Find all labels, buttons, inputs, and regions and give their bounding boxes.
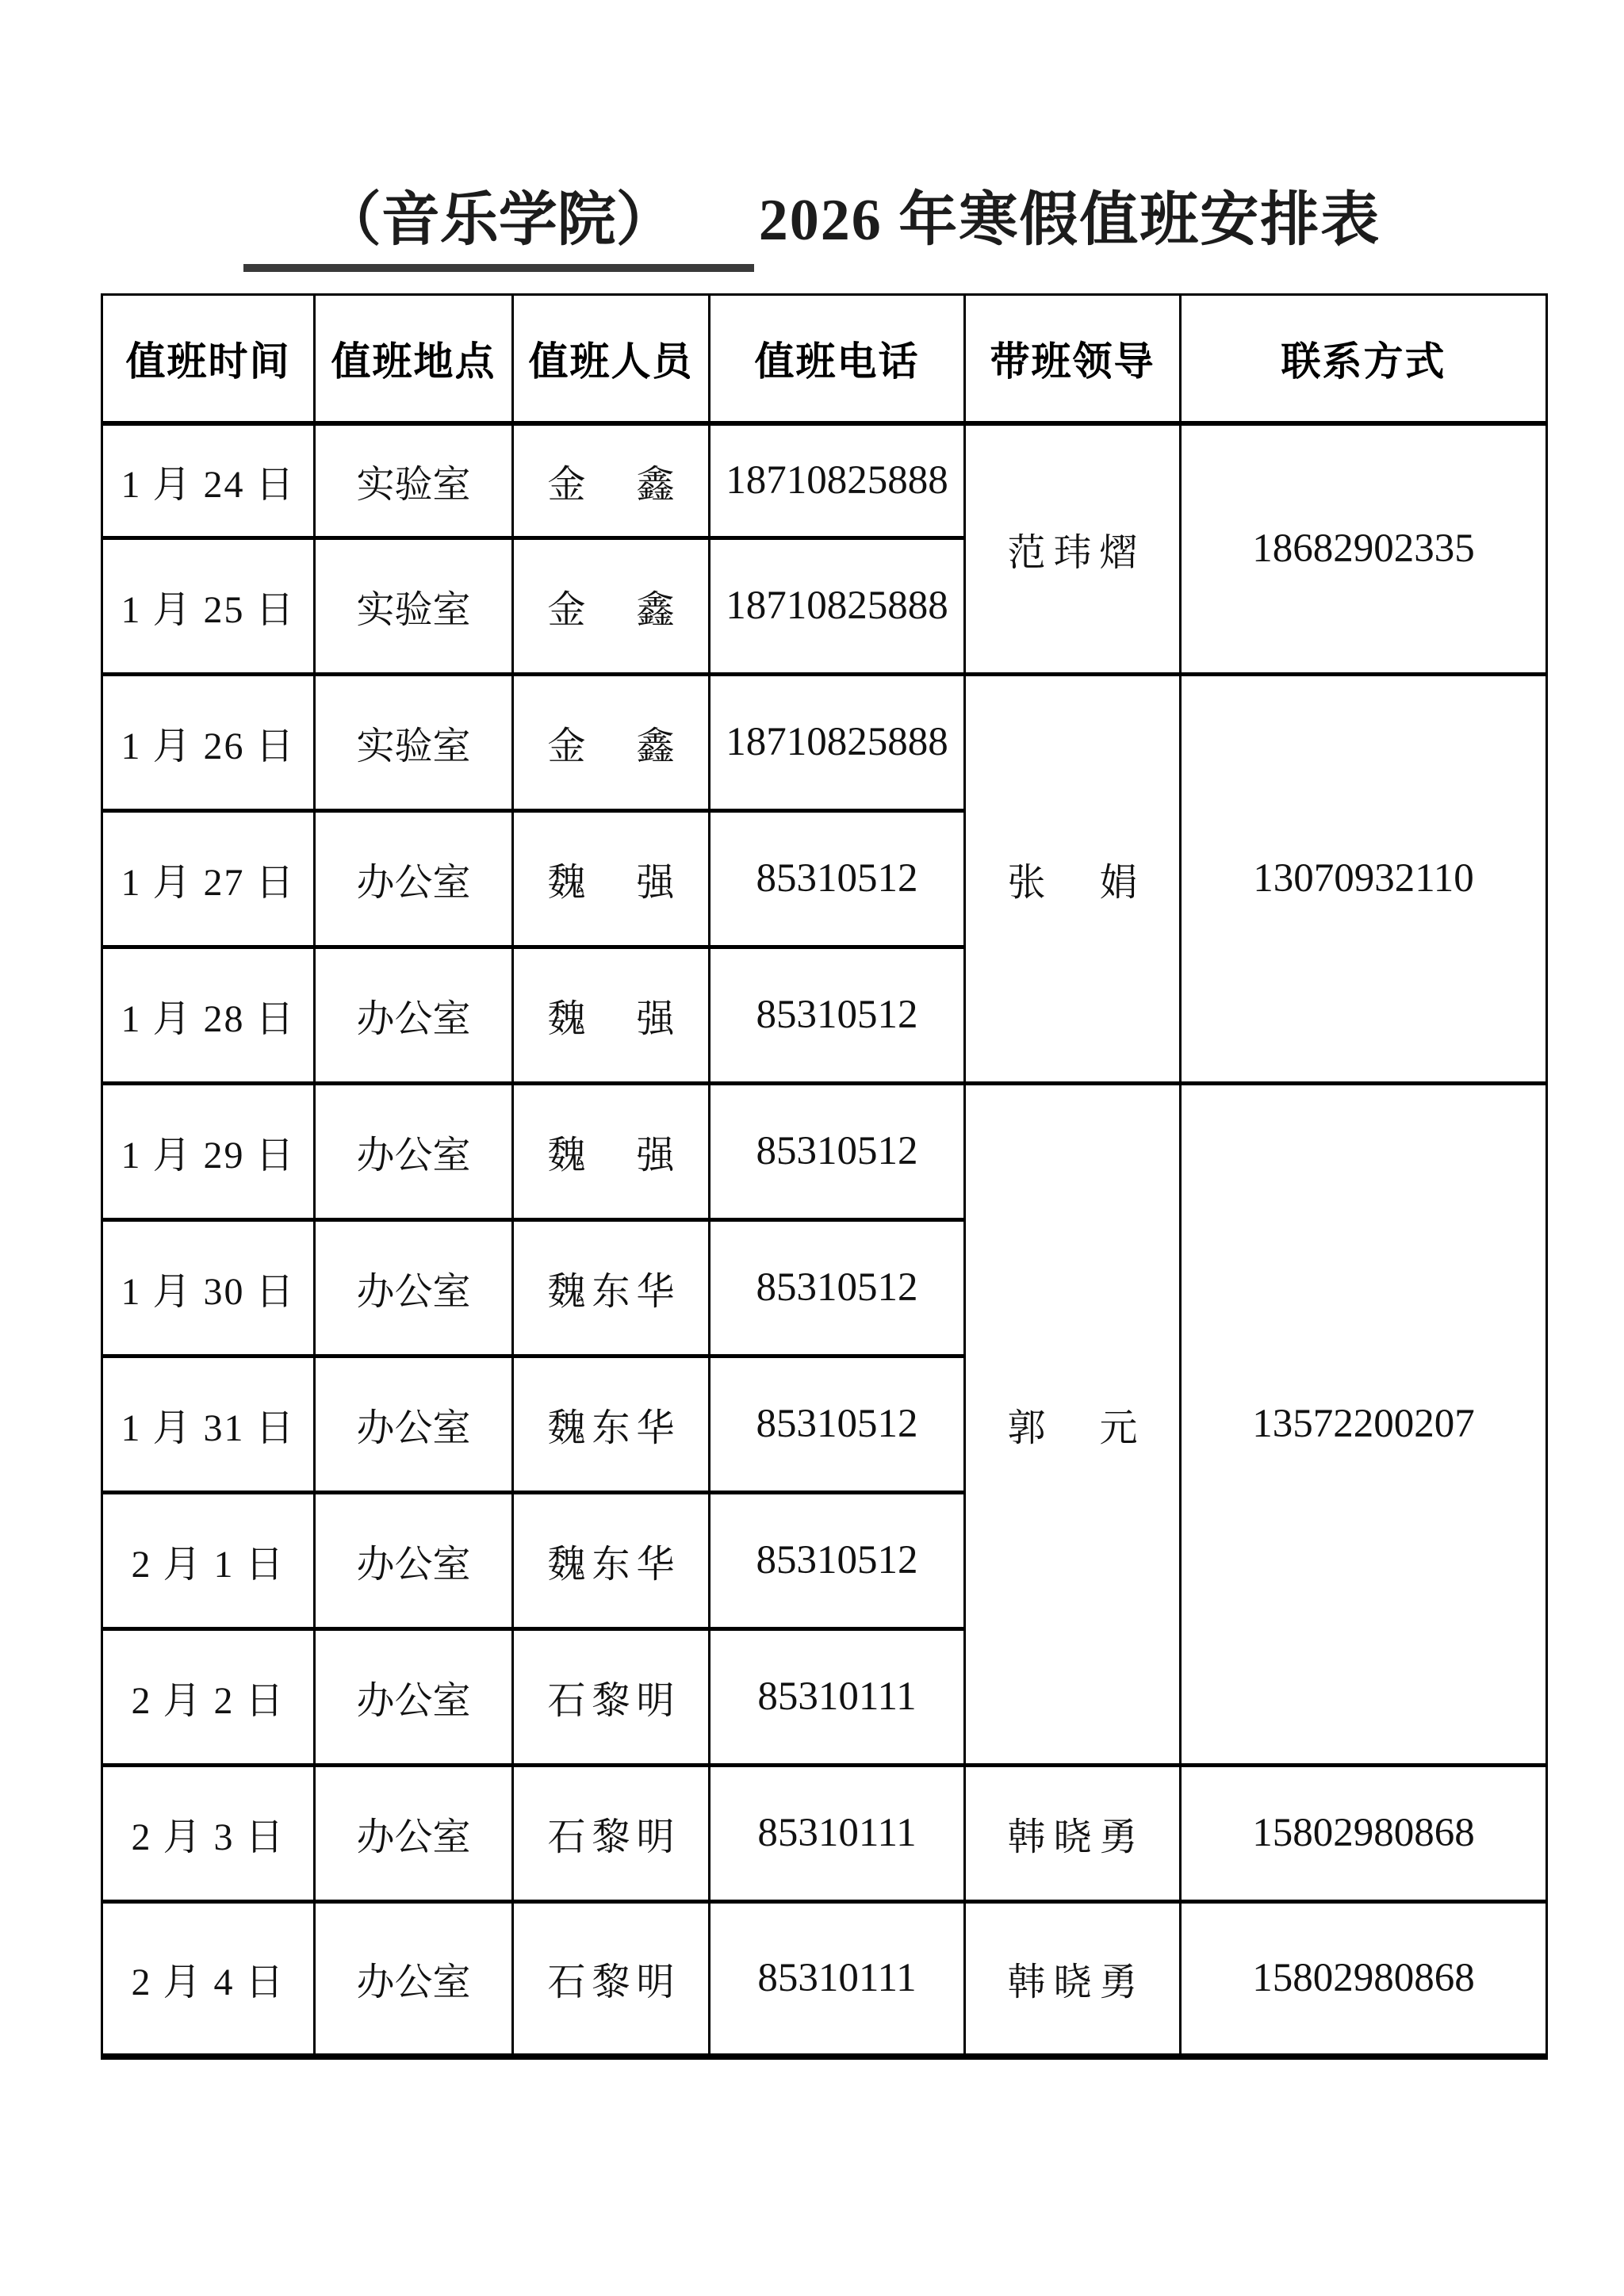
header-duty-time: 值班时间 — [102, 295, 315, 424]
duty-date-cell: 1 月 26 日 — [102, 674, 315, 810]
duty-place-cell: 办公室 — [315, 810, 513, 947]
duty-date-cell: 1 月 25 日 — [102, 538, 315, 674]
table-row: 2 月 3 日 办公室 石黎明 85310111 韩晓勇 15802980868 — [102, 1765, 1547, 1901]
duty-phone-cell: 85310512 — [710, 1219, 965, 1356]
duty-person-cell: 魏东华 — [513, 1356, 710, 1492]
header-duty-person: 值班人员 — [513, 295, 710, 424]
leader-cell: 韩晓勇 — [965, 1901, 1181, 2057]
duty-person-cell: 魏 强 — [513, 947, 710, 1083]
table-row: 1 月 26 日 实验室 金 鑫 18710825888 张 娟 1307093… — [102, 674, 1547, 810]
duty-date-cell: 1 月 27 日 — [102, 810, 315, 947]
duty-phone-cell: 85310111 — [710, 1901, 965, 2057]
contact-cell: 13572200207 — [1181, 1083, 1547, 1765]
duty-schedule-table: 值班时间 值班地点 值班人员 值班电话 带班领导 联系方式 1 月 24 日 实… — [101, 293, 1548, 2060]
duty-person-cell: 石黎明 — [513, 1765, 710, 1901]
duty-place-cell: 办公室 — [315, 1628, 513, 1765]
duty-phone-cell: 85310512 — [710, 1356, 965, 1492]
duty-person-cell: 金 鑫 — [513, 674, 710, 810]
duty-date-cell: 2 月 3 日 — [102, 1765, 315, 1901]
duty-person-cell: 魏东华 — [513, 1492, 710, 1628]
duty-phone-cell: 85310512 — [710, 810, 965, 947]
contact-cell: 15802980868 — [1181, 1901, 1547, 2057]
document-page: （音乐学院）2026 年寒假值班安排表 值班时间 值班地点 值班人员 值班电话 … — [0, 0, 1624, 2296]
duty-place-cell: 实验室 — [315, 538, 513, 674]
duty-date-cell: 1 月 24 日 — [102, 423, 315, 538]
duty-person-cell: 魏东华 — [513, 1219, 710, 1356]
table-row: 1 月 29 日 办公室 魏 强 85310512 郭 元 1357220020… — [102, 1083, 1547, 1219]
duty-date-cell: 2 月 2 日 — [102, 1628, 315, 1765]
duty-person-cell: 魏 强 — [513, 810, 710, 947]
duty-place-cell: 办公室 — [315, 1356, 513, 1492]
header-contact-info: 联系方式 — [1181, 295, 1547, 424]
leader-cell: 郭 元 — [965, 1083, 1181, 1765]
header-duty-phone: 值班电话 — [710, 295, 965, 424]
duty-phone-cell: 85310111 — [710, 1628, 965, 1765]
page-title: （音乐学院）2026 年寒假值班安排表 — [0, 189, 1624, 272]
duty-person-cell: 金 鑫 — [513, 423, 710, 538]
duty-place-cell: 实验室 — [315, 423, 513, 538]
duty-phone-cell: 18710825888 — [710, 538, 965, 674]
duty-date-cell: 2 月 1 日 — [102, 1492, 315, 1628]
title-school-name: （音乐学院） — [243, 189, 754, 272]
duty-date-cell: 1 月 29 日 — [102, 1083, 315, 1219]
leader-cell: 范玮熠 — [965, 423, 1181, 674]
header-duty-place: 值班地点 — [315, 295, 513, 424]
duty-person-cell: 石黎明 — [513, 1901, 710, 2057]
duty-place-cell: 办公室 — [315, 947, 513, 1083]
duty-place-cell: 办公室 — [315, 1219, 513, 1356]
duty-phone-cell: 85310512 — [710, 947, 965, 1083]
duty-place-cell: 办公室 — [315, 1901, 513, 2057]
leader-cell: 韩晓勇 — [965, 1765, 1181, 1901]
duty-phone-cell: 85310111 — [710, 1765, 965, 1901]
contact-cell: 18682902335 — [1181, 423, 1547, 674]
duty-phone-cell: 18710825888 — [710, 674, 965, 810]
duty-phone-cell: 85310512 — [710, 1083, 965, 1219]
duty-person-cell: 金 鑫 — [513, 538, 710, 674]
table-row: 1 月 24 日 实验室 金 鑫 18710825888 范玮熠 1868290… — [102, 423, 1547, 538]
contact-cell: 13070932110 — [1181, 674, 1547, 1083]
contact-cell: 15802980868 — [1181, 1765, 1547, 1901]
duty-place-cell: 办公室 — [315, 1765, 513, 1901]
header-lead-leader: 带班领导 — [965, 295, 1181, 424]
duty-person-cell: 魏 强 — [513, 1083, 710, 1219]
duty-date-cell: 1 月 28 日 — [102, 947, 315, 1083]
duty-date-cell: 1 月 30 日 — [102, 1219, 315, 1356]
duty-date-cell: 2 月 4 日 — [102, 1901, 315, 2057]
duty-person-cell: 石黎明 — [513, 1628, 710, 1765]
title-main: 2026 年寒假值班安排表 — [759, 189, 1381, 253]
duty-phone-cell: 18710825888 — [710, 423, 965, 538]
duty-phone-cell: 85310512 — [710, 1492, 965, 1628]
duty-place-cell: 实验室 — [315, 674, 513, 810]
duty-date-cell: 1 月 31 日 — [102, 1356, 315, 1492]
duty-place-cell: 办公室 — [315, 1492, 513, 1628]
header-row: 值班时间 值班地点 值班人员 值班电话 带班领导 联系方式 — [102, 295, 1547, 424]
duty-place-cell: 办公室 — [315, 1083, 513, 1219]
table-row: 2 月 4 日 办公室 石黎明 85310111 韩晓勇 15802980868 — [102, 1901, 1547, 2057]
leader-cell: 张 娟 — [965, 674, 1181, 1083]
